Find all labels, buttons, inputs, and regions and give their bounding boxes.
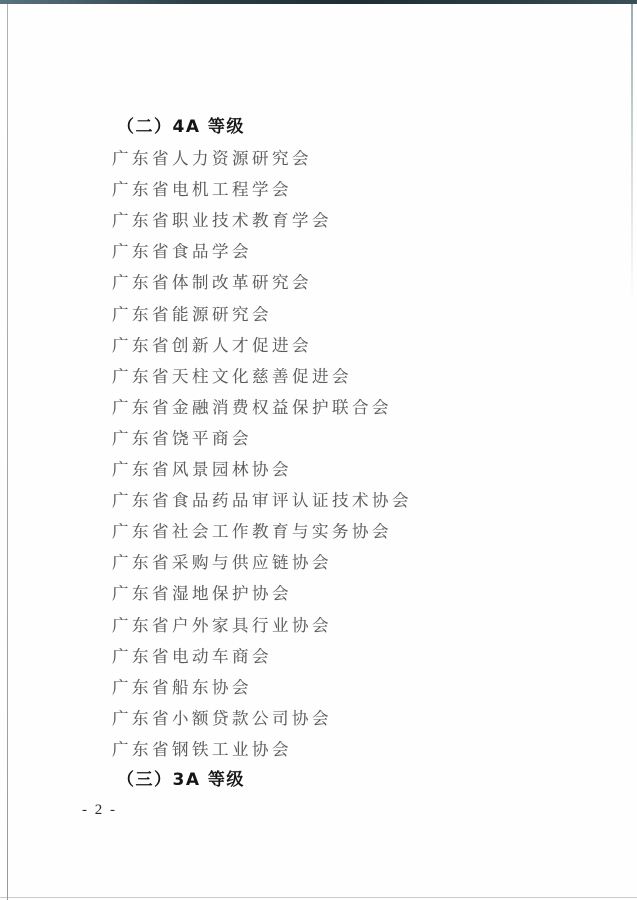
section-heading-4a-grade: （二）4A 等级 <box>112 112 572 143</box>
organization-name: 广东省饶平商会 <box>112 423 572 454</box>
organization-name: 广东省钢铁工业协会 <box>112 734 572 765</box>
organization-list-4a: 广东省人力资源研究会 广东省电机工程学会 广东省职业技术教育学会 广东省食品学会… <box>112 143 572 765</box>
section-heading-3a-grade: （三）3A 等级 <box>112 765 572 796</box>
organization-name: 广东省电动车商会 <box>112 641 572 672</box>
organization-name: 广东省创新人才促进会 <box>112 330 572 361</box>
organization-name: 广东省天柱文化慈善促进会 <box>112 361 572 392</box>
scan-edge-left <box>7 4 8 900</box>
document-body: （二）4A 等级 广东省人力资源研究会 广东省电机工程学会 广东省职业技术教育学… <box>112 112 572 796</box>
organization-name: 广东省电机工程学会 <box>112 174 572 205</box>
organization-name: 广东省人力资源研究会 <box>112 143 572 174</box>
organization-name: 广东省食品学会 <box>112 236 572 267</box>
organization-name: 广东省体制改革研究会 <box>112 267 572 298</box>
scan-edge-bottom <box>0 897 637 898</box>
organization-name: 广东省户外家具行业协会 <box>112 610 572 641</box>
organization-name: 广东省风景园林协会 <box>112 454 572 485</box>
organization-name: 广东省船东协会 <box>112 672 572 703</box>
scanned-document-page: （二）4A 等级 广东省人力资源研究会 广东省电机工程学会 广东省职业技术教育学… <box>0 0 637 900</box>
organization-name: 广东省食品药品审评认证技术协会 <box>112 485 572 516</box>
scan-edge-top <box>0 0 637 4</box>
organization-name: 广东省金融消费权益保护联合会 <box>112 392 572 423</box>
scan-edge-right <box>631 4 633 304</box>
organization-name: 广东省社会工作教育与实务协会 <box>112 516 572 547</box>
page-number: - 2 - <box>82 802 117 819</box>
organization-name: 广东省小额贷款公司协会 <box>112 703 572 734</box>
organization-name: 广东省采购与供应链协会 <box>112 547 572 578</box>
organization-name: 广东省职业技术教育学会 <box>112 205 572 236</box>
organization-name: 广东省能源研究会 <box>112 299 572 330</box>
organization-name: 广东省湿地保护协会 <box>112 578 572 609</box>
